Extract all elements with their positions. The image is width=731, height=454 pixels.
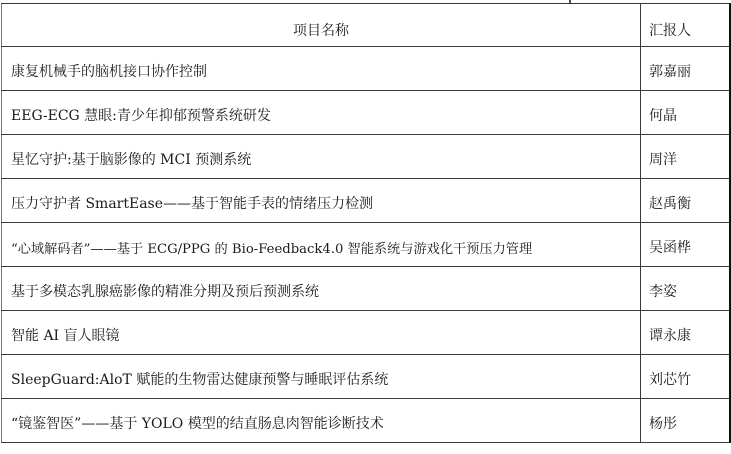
table-row: SleepGuard:AloT 赋能的生物雷达健康预警与睡眠评估系统 刘芯竹 bbox=[2, 355, 730, 399]
project-name-cell: 压力守护者 SmartEase——基于智能手表的情绪压力检测 bbox=[2, 179, 641, 223]
project-name-cell: EEG-ECG 慧眼:青少年抑郁预警系统研发 bbox=[2, 91, 641, 135]
project-name-cell: 康复机械手的脑机接口协作控制 bbox=[2, 47, 641, 91]
project-name-cell: “镜鉴智医”——基于 YOLO 模型的结直肠息肉智能诊断技术 bbox=[2, 399, 641, 443]
project-name-cell: SleepGuard:AloT 赋能的生物雷达健康预警与睡眠评估系统 bbox=[2, 355, 641, 399]
project-name-cell: 基于多模态乳腺癌影像的精准分期及预后预测系统 bbox=[2, 267, 641, 311]
project-name-cell: 星忆守护:基于脑影像的 MCI 预测系统 bbox=[2, 135, 641, 179]
header-row: 项目名称 汇报人 bbox=[2, 4, 730, 47]
table-row: 星忆守护:基于脑影像的 MCI 预测系统 周洋 bbox=[2, 135, 730, 179]
table-row: 基于多模态乳腺癌影像的精准分期及预后预测系统 李姿 bbox=[2, 267, 730, 311]
project-name-cell: “心域解码者”——基于 ECG/PPG 的 Bio-Feedback4.0 智能… bbox=[2, 223, 641, 267]
project-table: 项目名称 汇报人 康复机械手的脑机接口协作控制 郭嘉丽 EEG-ECG 慧眼:青… bbox=[1, 3, 731, 443]
header-reporter: 汇报人 bbox=[641, 4, 730, 47]
table-row: EEG-ECG 慧眼:青少年抑郁预警系统研发 何晶 bbox=[2, 91, 730, 135]
reporter-cell: 郭嘉丽 bbox=[641, 47, 730, 91]
reporter-cell: 吴函桦 bbox=[641, 223, 730, 267]
reporter-cell: 何晶 bbox=[641, 91, 730, 135]
table-row: 智能 AI 盲人眼镜 谭永康 bbox=[2, 311, 730, 355]
reporter-cell: 赵禹衡 bbox=[641, 179, 730, 223]
table-row: “镜鉴智医”——基于 YOLO 模型的结直肠息肉智能诊断技术 杨彤 bbox=[2, 399, 730, 443]
table-row: “心域解码者”——基于 ECG/PPG 的 Bio-Feedback4.0 智能… bbox=[2, 223, 730, 267]
reporter-cell: 刘芯竹 bbox=[641, 355, 730, 399]
reporter-cell: 周洋 bbox=[641, 135, 730, 179]
project-name-cell: 智能 AI 盲人眼镜 bbox=[2, 311, 641, 355]
table-row: 压力守护者 SmartEase——基于智能手表的情绪压力检测 赵禹衡 bbox=[2, 179, 730, 223]
header-project-name: 项目名称 bbox=[2, 4, 641, 47]
reporter-cell: 谭永康 bbox=[641, 311, 730, 355]
reporter-cell: 李姿 bbox=[641, 267, 730, 311]
reporter-cell: 杨彤 bbox=[641, 399, 730, 443]
table-row: 康复机械手的脑机接口协作控制 郭嘉丽 bbox=[2, 47, 730, 91]
